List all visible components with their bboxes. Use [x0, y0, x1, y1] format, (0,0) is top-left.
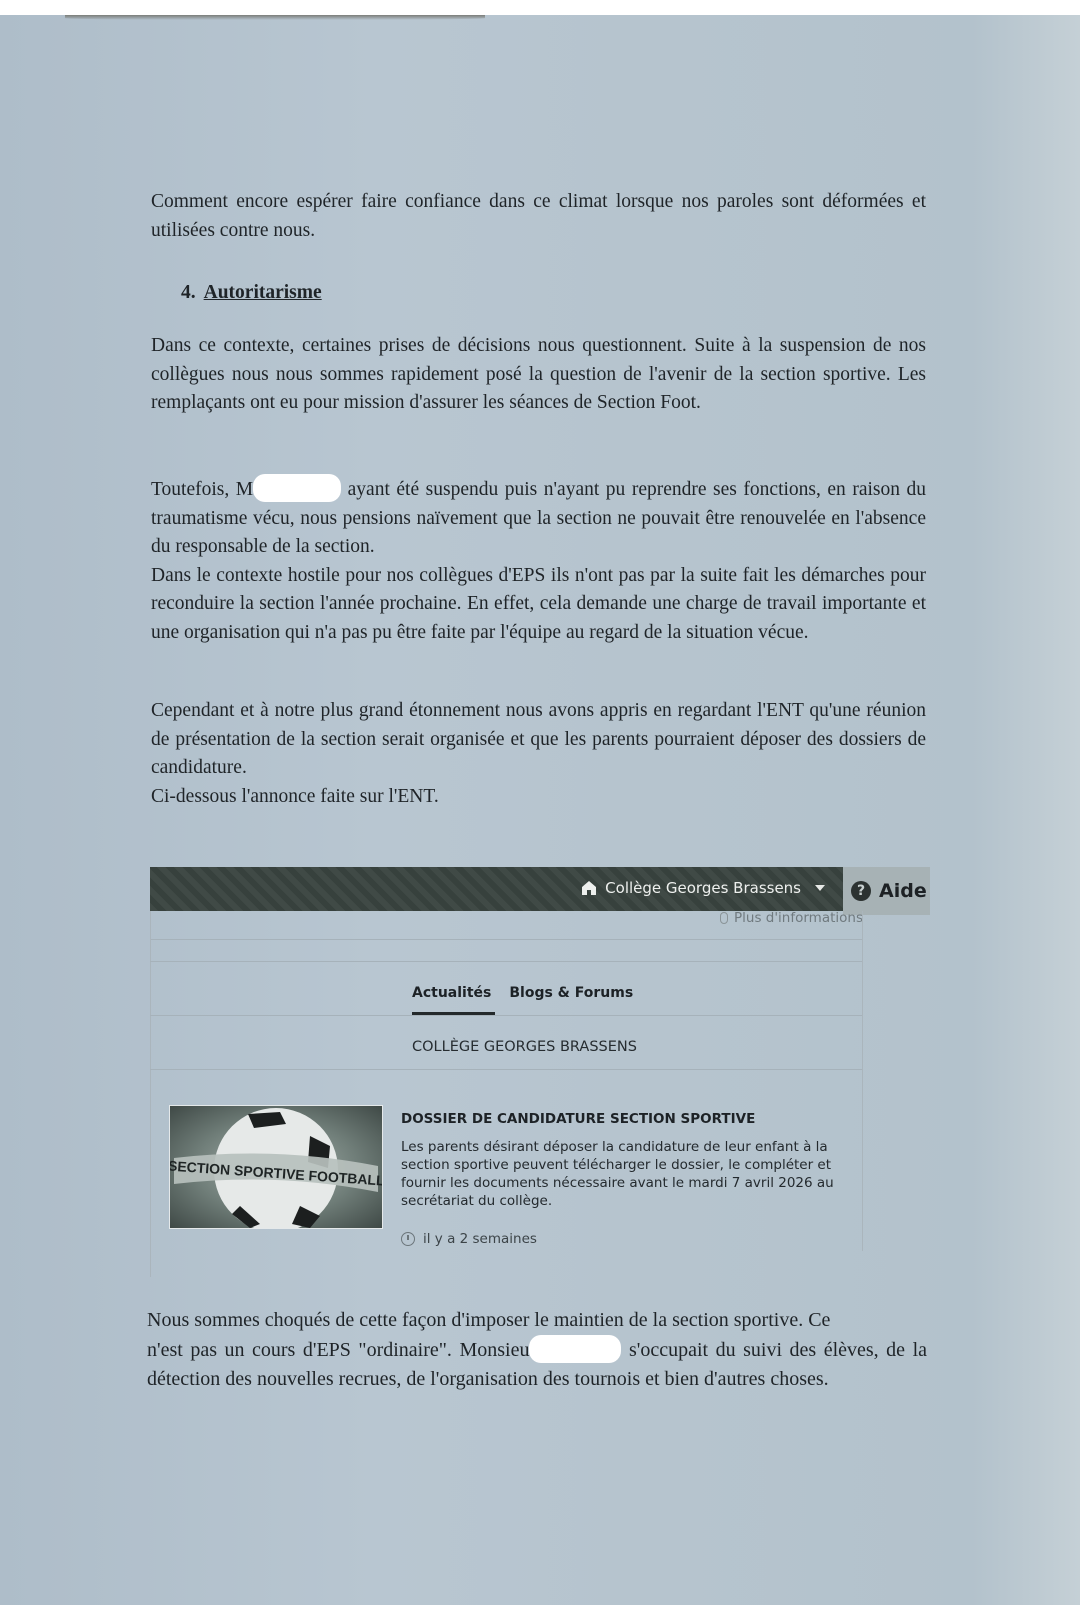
paragraph-4: Cependant et à notre plus grand étonneme… — [151, 697, 926, 811]
paragraph-2-start: Toutefois, M — [151, 479, 253, 500]
paragraph-6: Nous sommes choqués de cette façon d'imp… — [147, 1306, 927, 1394]
divider — [150, 961, 862, 962]
ent-screenshot: Collège Georges Brassens ? Aide Plus d'i… — [150, 867, 930, 1277]
paragraph-intro: Comment encore espérer faire confiance d… — [151, 188, 926, 245]
ent-top-bar: Collège Georges Brassens — [150, 867, 843, 911]
school-selector-label: Collège Georges Brassens — [605, 879, 801, 897]
post-thumbnail[interactable]: SECTION SPORTIVE FOOTBALL — [169, 1105, 383, 1229]
paragraph-2: Toutefois, M ayant été suspendu puis n'a… — [151, 474, 926, 648]
more-info-link[interactable]: Plus d'informations — [720, 911, 863, 925]
panel-border-left — [150, 911, 151, 1277]
paragraph-1: Dans ce contexte, certaines prises de dé… — [151, 332, 926, 418]
ent-tabs: Actualités Blogs & Forums — [412, 985, 633, 1001]
help-icon: ? — [851, 881, 871, 901]
heading-title: Autoritarisme — [204, 282, 322, 303]
paragraph-4-text: Cependant et à notre plus grand étonneme… — [151, 697, 926, 783]
post-time-label: il y a 2 semaines — [423, 1231, 537, 1247]
section-heading: 4.Autoritarisme — [181, 282, 322, 304]
tab-blogs-forums[interactable]: Blogs & Forums — [509, 985, 633, 1001]
paragraph-3-text: Dans le contexte hostile pour nos collèg… — [151, 562, 926, 648]
paragraph-1-text: Dans ce contexte, certaines prises de dé… — [151, 332, 926, 418]
paragraph-5-text: Ci-dessous l'annonce faite sur l'ENT. — [151, 783, 926, 812]
home-icon — [581, 880, 597, 896]
feed-source-title: COLLÈGE GEORGES BRASSENS — [412, 1039, 637, 1055]
paperclip-icon — [720, 912, 728, 924]
redaction-mark — [253, 474, 341, 502]
divider — [150, 1015, 862, 1016]
chevron-down-icon — [815, 885, 825, 891]
paragraph-6-start: n'est pas un cours d'EPS "ordinaire". Mo… — [147, 1339, 529, 1361]
panel-border-right — [862, 911, 863, 1251]
heading-number: 4. — [181, 282, 196, 303]
page-edge-shadow — [65, 15, 485, 20]
help-button[interactable]: ? Aide — [843, 867, 930, 915]
football-image: SECTION SPORTIVE FOOTBALL — [170, 1106, 382, 1228]
school-selector[interactable]: Collège Georges Brassens — [581, 879, 825, 897]
more-info-label: Plus d'informations — [734, 911, 863, 925]
divider — [150, 1069, 862, 1070]
post-body: Les parents désirant déposer la candidat… — [401, 1138, 841, 1210]
redaction-mark — [529, 1335, 621, 1363]
paragraph-intro-text: Comment encore espérer faire confiance d… — [151, 188, 926, 245]
post-title[interactable]: DOSSIER DE CANDIDATURE SECTION SPORTIVE — [401, 1111, 755, 1127]
paragraph-6-line-1: Nous sommes choqués de cette façon d'imp… — [147, 1306, 927, 1335]
tab-actualites[interactable]: Actualités — [412, 985, 491, 1001]
post-timestamp: il y a 2 semaines — [401, 1231, 537, 1247]
help-label: Aide — [879, 880, 927, 902]
divider — [150, 939, 862, 940]
clock-icon — [401, 1232, 415, 1246]
